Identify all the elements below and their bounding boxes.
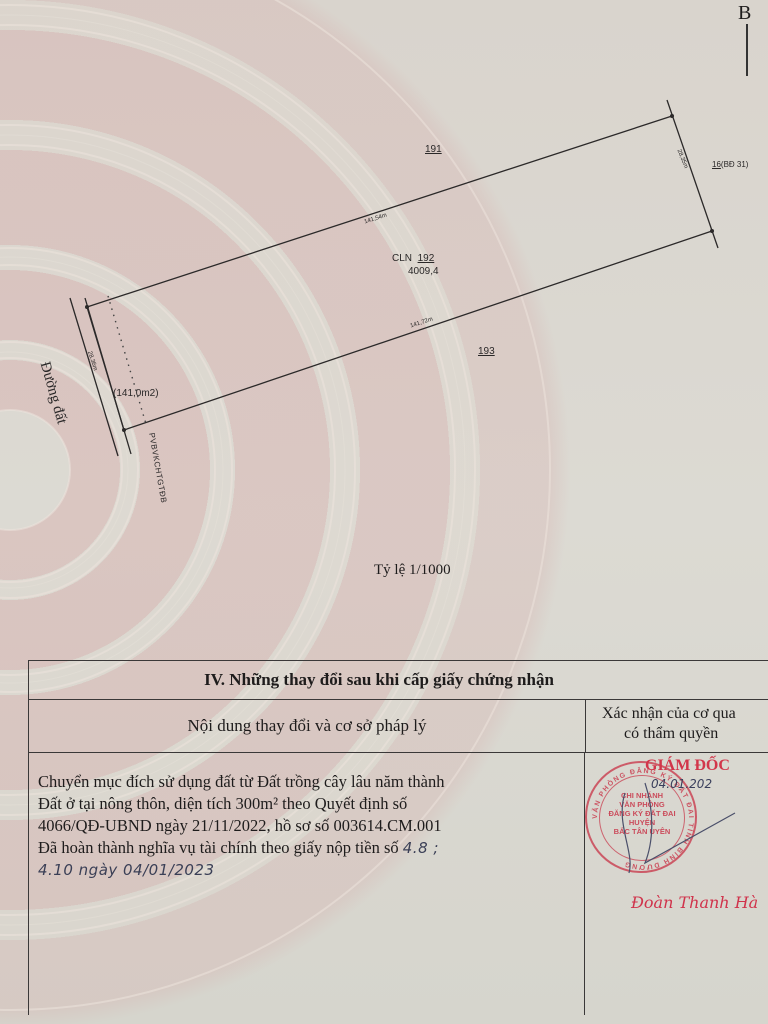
- table-row: Chuyển mục đích sử dụng đất từ Đất trồng…: [29, 753, 768, 1015]
- handwritten-receipt-date: 4.10 ngày 04/01/2023: [38, 859, 584, 881]
- changes-table: IV. Những thay đổi sau khi cấp giấy chứn…: [28, 660, 768, 1015]
- header-change-content: Nội dung thay đổi và cơ sở pháp lý: [29, 700, 586, 752]
- map-scale: Tỷ lệ 1/1000: [374, 562, 451, 579]
- table-header-row: Nội dung thay đổi và cơ sở pháp lý Xác n…: [29, 700, 768, 753]
- parcel-191-label: 191: [425, 144, 442, 155]
- parcel-area: 4009,4: [408, 266, 439, 277]
- parcel-map: B 191 16 193 16(BĐ 31) CLN 192 4009,4 14…: [0, 0, 768, 640]
- signer-title: GIÁM ĐỐC: [645, 757, 730, 775]
- signature-date: 04.01.202: [651, 777, 712, 791]
- land-type-label: CLN 192: [392, 253, 434, 264]
- parcel-193-label-visible: 193: [478, 346, 495, 357]
- certification-cell: VĂN PHÒNG ĐĂNG KÝ ĐẤT ĐAI TỈNH BÌNH DƯƠN…: [585, 753, 768, 1015]
- table-title: IV. Những thay đổi sau khi cấp giấy chứn…: [29, 661, 768, 700]
- north-arrow-line: [746, 24, 748, 76]
- parcel-boundary-drawing: [0, 0, 768, 640]
- parcel-number: 192: [418, 253, 435, 264]
- header-certification: Xác nhận của cơ qua có thẩm quyền: [586, 700, 768, 752]
- parcel-16-label: 16(BĐ 31): [712, 160, 748, 169]
- handwritten-receipt-number: 4.8 ;: [403, 839, 439, 857]
- north-label: B: [738, 2, 751, 25]
- signer-name: Đoàn Thanh Hà: [631, 893, 758, 912]
- change-entry: Chuyển mục đích sử dụng đất từ Đất trồng…: [29, 753, 585, 1015]
- strip-area-label: (141,0m2): [113, 388, 159, 399]
